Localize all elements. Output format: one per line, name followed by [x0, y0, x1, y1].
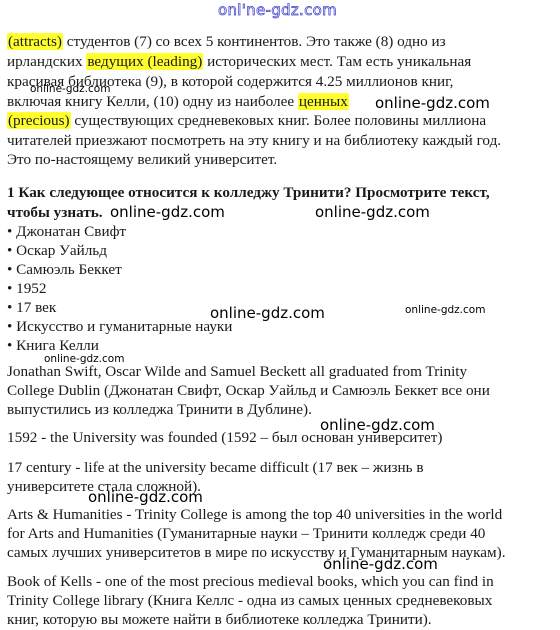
bullet-item: • Джонатан Свифт	[7, 222, 126, 241]
watermark: online-gdz.com	[405, 304, 485, 316]
answer-1-line-2: College Dublin (Джонатан Свифт, Оскар Уа…	[7, 381, 490, 400]
watermark: online-gdz.com	[110, 203, 225, 221]
answer-5-line-3: книг, которую вы можете найти в библиоте…	[7, 610, 432, 629]
answer-1-line-3: выпустились из колледжа Тринити в Дублин…	[7, 400, 312, 419]
intro-text: ирландских	[7, 53, 86, 70]
intro-line-7: Это по-настоящему великий университет.	[7, 150, 277, 169]
bullet-item: • Оскар Уайльд	[7, 241, 107, 260]
watermark: online-gdz.com	[88, 488, 203, 506]
task-heading-line-1: 1 Как следующее относится к колледжу Три…	[7, 183, 490, 202]
bullet-item: • Самюэль Беккет	[7, 260, 122, 279]
watermark: online-gdz.com	[44, 353, 124, 365]
bullet-item: • Искусство и гуманитарные науки	[7, 317, 232, 336]
bullet-item: • 17 век	[7, 298, 56, 317]
watermark: online-gdz.com	[210, 304, 325, 322]
answer-5-line-1: Book of Kells - one of the most precious…	[7, 572, 494, 591]
highlight-valuable: ценных	[298, 93, 349, 110]
intro-text: студентов (7) со всех 5 континентов. Это…	[63, 33, 446, 50]
watermark: online-gdz.com	[375, 94, 490, 112]
highlight-leading: ведущих (leading)	[86, 53, 203, 70]
task-heading-line-2: чтобы узнать.	[7, 203, 103, 222]
watermark: online-gdz.com	[315, 203, 430, 221]
watermark: online-gdz.com	[323, 555, 438, 573]
intro-line-1: (attracts) студентов (7) со всех 5 конти…	[7, 32, 446, 51]
watermark: online-gdz.com	[30, 83, 110, 95]
bullet-item: • 1952	[7, 279, 47, 298]
intro-line-5: (precious) существующих средневековых кн…	[7, 111, 486, 130]
answer-4-line-1: Arts & Humanities - Trinity College is a…	[7, 505, 502, 524]
answer-3-line-1: 17 century - life at the university beca…	[7, 458, 424, 477]
highlight-attracts: (attracts)	[7, 33, 63, 50]
intro-text: исторических мест. Там есть уникальная	[203, 53, 471, 70]
answer-5-line-2: Trinity College library (Книга Келлс - о…	[7, 591, 492, 610]
intro-line-6: читателей приезжают посмотреть на эту кн…	[7, 131, 501, 150]
answer-4-line-2: for Arts and Humanities (Гуманитарные на…	[7, 524, 485, 543]
intro-text: существующих средневековых книг. Более п…	[71, 112, 487, 129]
intro-text: включая книгу Келли, (10) одну из наибол…	[7, 93, 298, 110]
watermark-top: onl'ne-gdz.com	[218, 1, 337, 19]
intro-line-2: ирландских ведущих (leading) исторически…	[7, 52, 471, 71]
highlight-precious: (precious)	[7, 112, 71, 129]
watermark: online-gdz.com	[320, 416, 435, 434]
